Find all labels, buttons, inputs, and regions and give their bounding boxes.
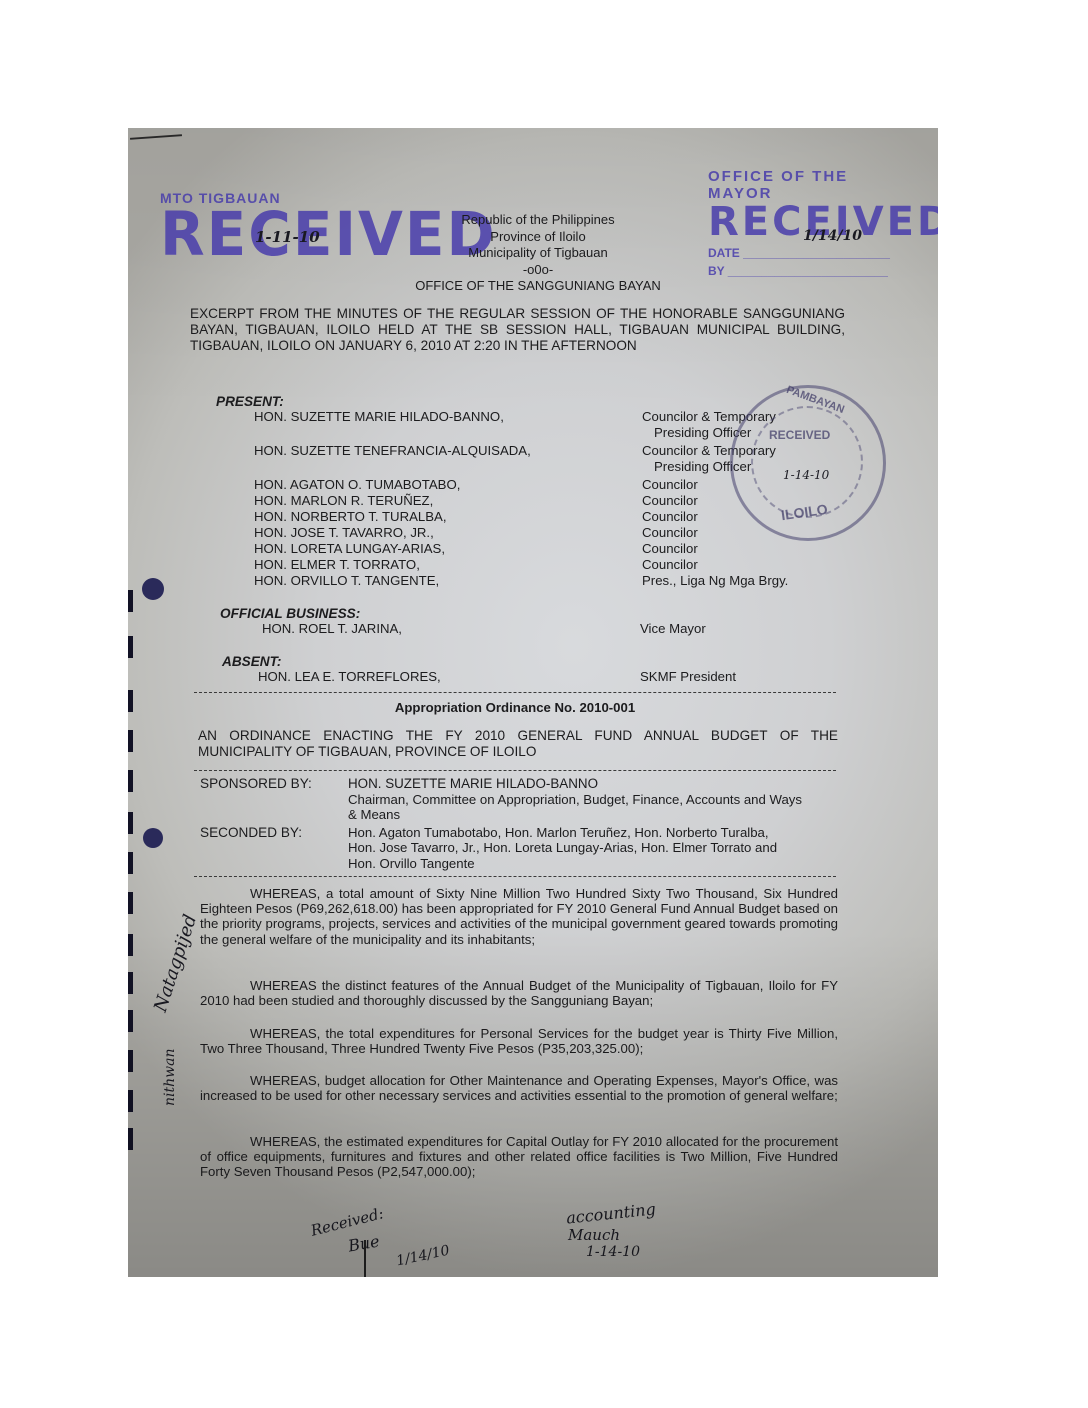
accounting-handwritten-note: accounting [565, 1199, 656, 1227]
accounting-signature: Mauch [568, 1226, 620, 1244]
sponsored-label: SPONSORED BY: [200, 776, 348, 823]
divider [194, 770, 836, 771]
binder-tick [128, 590, 133, 612]
document-header: Republic of the Philippines Province of … [373, 212, 703, 295]
present-name: HON. NORBERTO T. TURALBA, [254, 509, 642, 525]
binder-tick [128, 730, 133, 752]
ordinance-title: Appropriation Ordinance No. 2010-001 [194, 700, 836, 715]
sponsored-name: HON. SUZETTE MARIE HILADO-BANNO [348, 776, 808, 792]
binder-tick [128, 934, 133, 956]
whereas-clause-1: WHEREAS, a total amount of Sixty Nine Mi… [200, 886, 838, 947]
binder-tick [128, 770, 133, 792]
present-row: HON. ELMER T. TORRATO,Councilor [254, 557, 914, 573]
seal-date: 1-14-10 [783, 468, 829, 482]
pen-mark [130, 134, 182, 140]
margin-signature-1: Natagpijed [150, 912, 201, 1015]
municipal-received-seal: PAMBAYAN RECEIVED 1-14-10 ILOILO [730, 385, 886, 541]
present-name: HON. JOSE T. TAVARRO, JR., [254, 525, 642, 541]
ordinance-description: AN ORDINANCE ENACTING THE FY 2010 GENERA… [198, 728, 838, 760]
present-role: Councilor [642, 541, 902, 557]
mto-stamp-date: 1-11-10 [255, 228, 320, 246]
binder-hole [142, 578, 164, 600]
header-republic: Republic of the Philippines [373, 212, 703, 229]
present-name: HON. MARLON R. TERUÑEZ, [254, 493, 642, 509]
mayor-stamp-date: 1/14/10 [803, 228, 862, 244]
mayor-stamp-by-label: BY [708, 264, 724, 278]
received-date: 1/14/10 [395, 1243, 451, 1270]
sponsored-title: Chairman, Committee on Appropriation, Bu… [348, 792, 808, 823]
header-province: Province of Iloilo [373, 229, 703, 246]
seal-inner-ring [751, 406, 863, 518]
mayor-stamp-by-row: BY ________________________ [708, 264, 918, 278]
scanned-document-page: MTO TIGBAUAN RECEIVED 1-11-10 Republic o… [128, 128, 938, 1277]
binder-tick [128, 1010, 133, 1032]
whereas-clause-3: WHEREAS, the total expenditures for Pers… [200, 1026, 838, 1056]
margin-signature-2: nithwan [162, 1049, 178, 1106]
absent-label: ABSENT: [222, 654, 900, 669]
header-separator: -o0o- [373, 262, 703, 279]
absent-name: HON. LEA E. TORREFLORES, [258, 669, 640, 685]
binder-tick [128, 852, 133, 874]
binder-tick [128, 812, 133, 834]
official-business-section: OFFICIAL BUSINESS: HON. ROEL T. JARINA, … [220, 606, 900, 637]
binder-tick [128, 1090, 133, 1112]
header-office: OFFICE OF THE SANGGUNIANG BAYAN [373, 278, 703, 295]
present-role: Councilor [642, 557, 902, 573]
whereas-clause-5: WHEREAS, the estimated expenditures for … [200, 1134, 838, 1180]
absent-section: ABSENT: HON. LEA E. TORREFLORES, SKMF Pr… [222, 654, 900, 685]
sponsored-section: SPONSORED BY: HON. SUZETTE MARIE HILADO-… [200, 776, 840, 871]
present-name: HON. AGATON O. TUMABOTABO, [254, 477, 642, 493]
official-business-label: OFFICIAL BUSINESS: [220, 606, 900, 621]
present-row: HON. LORETA LUNGAY-ARIAS,Councilor [254, 541, 914, 557]
official-business-name: HON. ROEL T. JARINA, [262, 621, 640, 637]
mayor-received-stamp: OFFICE OF THE MAYOR RECEIVED DATE ______… [708, 168, 918, 278]
official-business-row: HON. ROEL T. JARINA, Vice Mayor [262, 621, 900, 637]
seconded-text: Hon. Agaton Tumabotabo, Hon. Marlon Teru… [348, 825, 788, 872]
mayor-stamp-date-row: DATE ______________________ [708, 246, 918, 260]
absent-row: HON. LEA E. TORREFLORES, SKMF President [258, 669, 900, 685]
excerpt-heading: EXCERPT FROM THE MINUTES OF THE REGULAR … [190, 306, 845, 354]
present-name: HON. ORVILLO T. TANGENTE, [254, 573, 642, 589]
binder-tick [128, 1128, 133, 1150]
binder-tick [128, 892, 133, 914]
accounting-date: 1-14-10 [586, 1244, 640, 1260]
present-name: HON. ELMER T. TORRATO, [254, 557, 642, 573]
seal-middle-text: RECEIVED [769, 428, 830, 442]
binder-tick [128, 690, 133, 712]
binder-hole [143, 828, 163, 848]
present-name: HON. LORETA LUNGAY-ARIAS, [254, 541, 642, 557]
seconded-label: SECONDED BY: [200, 825, 348, 872]
divider [194, 692, 836, 693]
present-row: HON. ORVILLO T. TANGENTE,Pres., Liga Ng … [254, 573, 914, 589]
present-name: HON. SUZETTE MARIE HILADO-BANNO, [254, 409, 642, 425]
binder-tick [128, 972, 133, 994]
whereas-clause-4: WHEREAS, budget allocation for Other Mai… [200, 1073, 838, 1103]
header-municipality: Municipality of Tigbauan [373, 245, 703, 262]
official-business-role: Vice Mayor [640, 621, 900, 637]
mayor-stamp-office: OFFICE OF THE MAYOR [708, 168, 918, 202]
present-name: HON. SUZETTE TENEFRANCIA-ALQUISADA, [254, 443, 642, 459]
divider [194, 876, 836, 877]
present-role: Pres., Liga Ng Mga Brgy. [642, 573, 902, 589]
binder-tick [128, 636, 133, 658]
binder-tick [128, 1050, 133, 1072]
absent-role: SKMF President [640, 669, 900, 685]
signature-stroke [364, 1240, 366, 1277]
whereas-clause-2: WHEREAS the distinct features of the Ann… [200, 978, 838, 1008]
mayor-stamp-date-label: DATE [708, 246, 740, 260]
